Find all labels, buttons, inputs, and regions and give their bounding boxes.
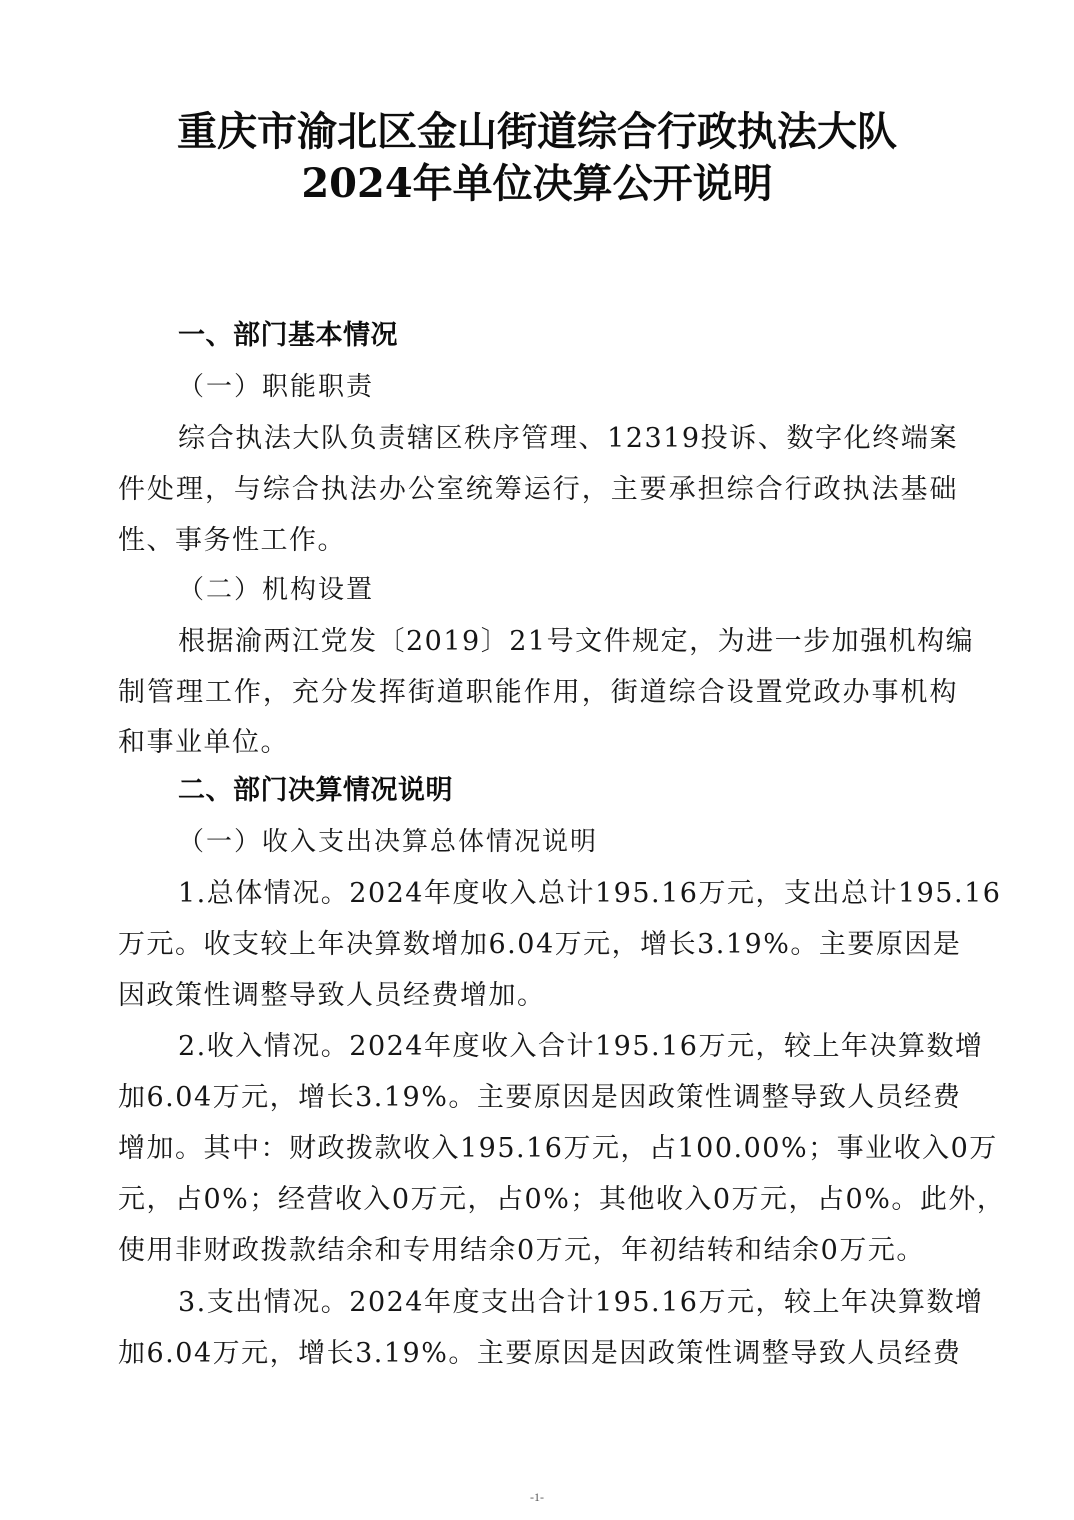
paragraph-line: 加6.04万元，增长3.19%。主要原因是因政策性调整导致人员经费 xyxy=(118,1340,958,1367)
paragraph-line: 因政策性调整导致人员经费增加。 xyxy=(118,982,958,1009)
document-title-line-2: 2024年单位决算公开说明 xyxy=(0,164,1074,204)
section-heading-final-accounts: 二、部门决算情况说明 xyxy=(178,777,1018,804)
paragraph-line: 件处理，与综合执法办公室统筹运行，主要承担综合行政执法基础 xyxy=(118,476,958,503)
paragraph-line: 综合执法大队负责辖区秩序管理、12319投诉、数字化终端案 xyxy=(178,425,958,452)
paragraph-line: 使用非财政拨款结余和专用结余0万元，年初结转和结余0万元。 xyxy=(118,1237,958,1264)
page-number: -1- xyxy=(0,1490,1074,1505)
paragraph-line: 元，占0%；经营收入0万元，占0%；其他收入0万元，占0%。此外， xyxy=(118,1186,958,1213)
paragraph-line: 2.收入情况。2024年度收入合计195.16万元，较上年决算数增 xyxy=(178,1033,958,1060)
paragraph-line: 性、事务性工作。 xyxy=(118,527,958,554)
paragraph-line: 3.支出情况。2024年度支出合计195.16万元，较上年决算数增 xyxy=(178,1289,958,1316)
paragraph-line: 增加。其中：财政拨款收入195.16万元，占100.00%；事业收入0万 xyxy=(118,1135,958,1162)
subsection-heading-organization: （二）机构设置 xyxy=(178,577,1018,603)
paragraph-line: 1.总体情况。2024年度收入总计195.16万元，支出总计195.16 xyxy=(178,880,958,907)
subsection-heading-duties: （一）职能职责 xyxy=(178,374,1018,400)
paragraph-line: 加6.04万元，增长3.19%。主要原因是因政策性调整导致人员经费 xyxy=(118,1084,958,1111)
document-title-line-1: 重庆市渝北区金山街道综合行政执法大队 xyxy=(0,112,1074,152)
subsection-heading-revenue-expenditure-overview: （一）收入支出决算总体情况说明 xyxy=(178,829,1018,855)
document-page: 重庆市渝北区金山街道综合行政执法大队 2024年单位决算公开说明 一、部门基本情… xyxy=(0,0,1074,1520)
paragraph-line: 万元。收支较上年决算数增加6.04万元，增长3.19%。主要原因是 xyxy=(118,931,958,958)
paragraph-line: 和事业单位。 xyxy=(118,729,958,756)
section-heading-basic-info: 一、部门基本情况 xyxy=(178,322,1018,349)
paragraph-line: 制管理工作，充分发挥街道职能作用，街道综合设置党政办事机构 xyxy=(118,679,958,706)
paragraph-line: 根据渝两江党发〔2019〕21号文件规定，为进一步加强机构编 xyxy=(178,628,958,655)
